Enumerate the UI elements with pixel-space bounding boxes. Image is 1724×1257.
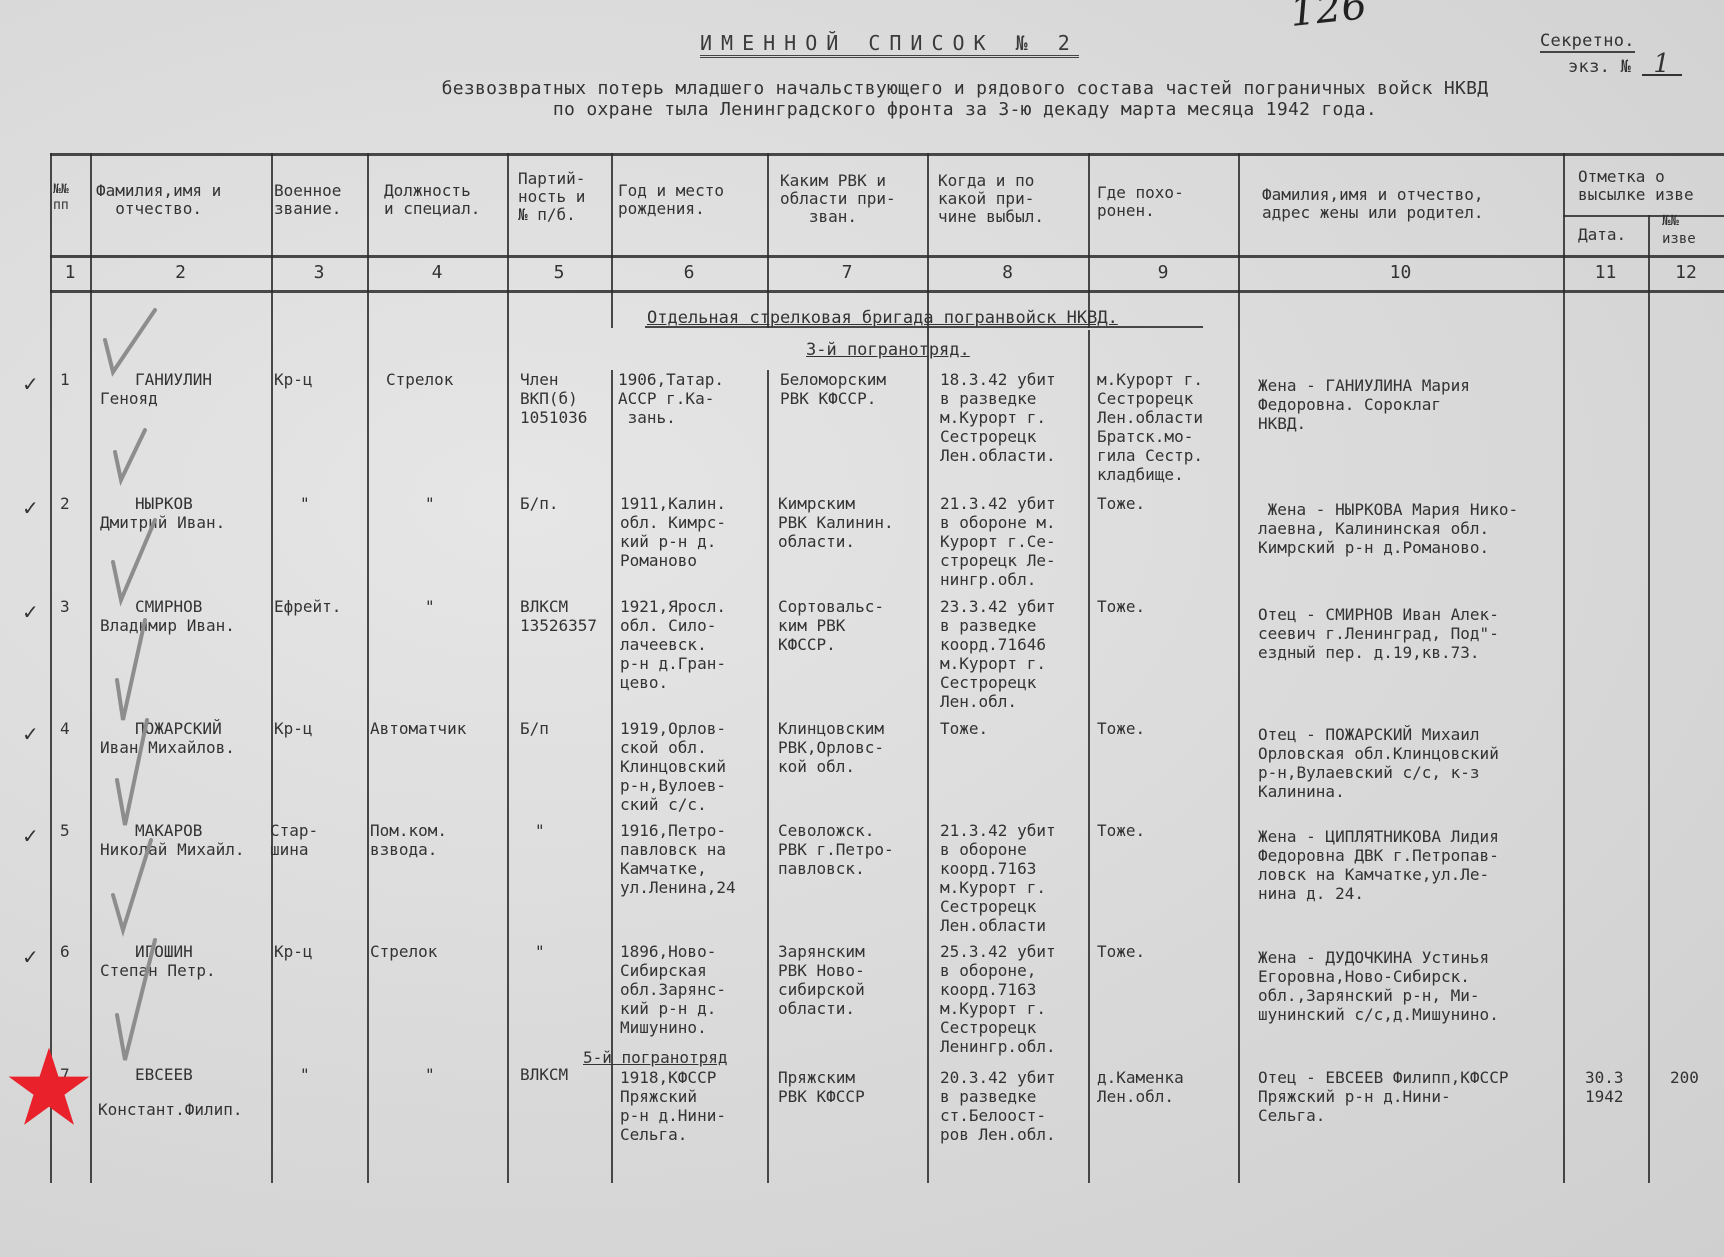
row-number: 2	[60, 494, 70, 513]
colnum: 6	[611, 262, 767, 283]
relative: Жена - ГАНИУЛИНА Мария Федоровна. Сорокл…	[1258, 376, 1470, 433]
colnum: 3	[271, 262, 367, 283]
buried: Тоже.	[1097, 494, 1145, 513]
relative: Отец - ЕВСЕЕВ Филипп,КФССР Пряжский р-н …	[1258, 1068, 1508, 1125]
margin-check-icon: ✓	[22, 496, 39, 520]
col-border	[1088, 330, 1090, 1183]
col-border	[507, 153, 509, 1183]
colnum: 2	[90, 262, 271, 283]
header-notice-date: Дата.	[1578, 226, 1626, 244]
relative: Жена - ДУДОЧКИНА Устинья Егоровна,Ново-С…	[1258, 948, 1499, 1024]
buried: м.Курорт г. Сестрорецк Лен.области Братс…	[1097, 370, 1203, 484]
when-why: 21.3.42 убит в обороне м. Курорт г.Се- с…	[940, 494, 1056, 589]
relative: Отец - ПОЖАРСКИЙ Михаил Орловская обл.Кл…	[1258, 725, 1499, 801]
party: Б/п	[520, 719, 549, 738]
rvk: Клинцовским РВК,Орловс- кой обл.	[778, 719, 884, 776]
birth: 1916,Петро- павловск на Камчатке, ул.Лен…	[620, 821, 736, 897]
classification-label: Секретно.	[1540, 32, 1635, 53]
col-border	[767, 153, 769, 328]
notice-number: 200	[1670, 1068, 1699, 1087]
when-why: 23.3.42 убит в разведке коорд.71646 м.Ку…	[940, 597, 1056, 711]
header-birth: Год и место рождения.	[618, 182, 724, 218]
header-bottom-border	[50, 255, 1724, 258]
header-position: Должность и специал.	[384, 182, 480, 218]
relative: Жена - НЫРКОВА Мария Нико- лаевна, Калин…	[1258, 500, 1518, 557]
rvk: Зарянским РВК Ново- сибирской области.	[778, 942, 865, 1018]
colnum: 1	[50, 262, 90, 283]
col-border	[90, 153, 92, 1183]
position: Пом.ком. взвода.	[370, 821, 447, 859]
col-border	[1088, 153, 1090, 328]
col-border	[1563, 153, 1565, 1183]
colnum: 10	[1238, 262, 1563, 283]
party: ВЛКСМ	[520, 1065, 568, 1084]
colnum: 8	[927, 262, 1088, 283]
header-rvk: Каким РВК и области при- зван.	[780, 172, 896, 226]
buried: д.Каменка Лен.обл.	[1097, 1068, 1184, 1106]
colnum-bottom-border	[50, 290, 1724, 293]
buried: Тоже.	[1097, 942, 1145, 961]
buried: Тоже.	[1097, 821, 1145, 840]
col-border	[767, 370, 769, 1183]
rank: Кр-ц	[274, 942, 313, 961]
copy-number-label: экз. № 1	[1568, 54, 1682, 77]
document-subtitle: безвозвратных потерь младшего начальству…	[385, 78, 1545, 120]
position: Стрелок	[370, 942, 437, 961]
rank: Стар- шина	[270, 821, 318, 859]
colnum: 12	[1648, 262, 1724, 283]
row-number: 5	[60, 821, 70, 840]
subheader-divider	[1563, 215, 1724, 217]
colnum: 11	[1563, 262, 1648, 283]
position: "	[425, 494, 435, 513]
margin-check-icon: ✓	[22, 945, 39, 969]
buried: Тоже.	[1097, 719, 1145, 738]
header-relative: Фамилия,имя и отчество, адрес жены или р…	[1262, 186, 1484, 222]
rank: Кр-ц	[274, 719, 313, 738]
subtitle-line-2: по охране тыла Ленинградского фронта за …	[385, 99, 1545, 120]
when-why: 25.3.42 убит в обороне, коорд.7163 м.Кур…	[940, 942, 1056, 1056]
relative: Отец - СМИРНОВ Иван Алек- сеевич г.Ленин…	[1258, 605, 1499, 662]
rank: "	[300, 1065, 310, 1084]
rank: Ефрейт.	[274, 597, 341, 616]
rank: Кр-ц	[274, 370, 313, 389]
when-why: 18.3.42 убит в разведке м.Курорт г. Сест…	[940, 370, 1056, 465]
margin-check-icon: ✓	[22, 372, 39, 396]
notice-date: 30.3 1942	[1585, 1068, 1624, 1106]
colnum: 7	[767, 262, 927, 283]
rvk: Пряжским РВК КФССР	[778, 1068, 865, 1106]
col-border	[271, 153, 273, 1183]
header-buried: Где похо- ронен.	[1097, 184, 1184, 220]
given-name: Констант.Филип.	[98, 1100, 243, 1119]
col-border	[50, 153, 52, 1183]
section-detachment-5: 5-й погранотряд	[583, 1048, 728, 1067]
birth: 1911,Калин. обл. Кимрс- кий р-н д. Роман…	[620, 494, 726, 570]
header-notice-number: №№ изве	[1662, 212, 1696, 248]
red-star-icon	[6, 1044, 92, 1130]
when-why: 20.3.42 убит в разведке ст.Белоост- ров …	[940, 1068, 1056, 1144]
position: "	[425, 1065, 435, 1084]
margin-check-icon: ✓	[22, 824, 39, 848]
position: "	[425, 597, 435, 616]
party: "	[535, 942, 545, 961]
col-border	[611, 153, 613, 328]
col-border	[1648, 215, 1650, 1183]
subtitle-line-1: безвозвратных потерь младшего начальству…	[385, 78, 1545, 99]
rank: "	[300, 494, 310, 513]
margin-check-icon: ✓	[22, 600, 39, 624]
margin-check-icon: ✓	[22, 722, 39, 746]
col-border	[1238, 153, 1240, 1183]
pencil-check-marks-icon	[95, 300, 215, 1080]
header-rank: Военное звание.	[274, 182, 341, 218]
document-title: ИМЕННОЙ СПИСОК № 2	[700, 34, 1079, 58]
colnum: 4	[367, 262, 507, 283]
row-number: 6	[60, 942, 70, 961]
when-why: Тоже.	[940, 719, 988, 738]
colnum: 5	[507, 262, 611, 283]
colnum: 9	[1088, 262, 1238, 283]
when-why: 21.3.42 убит в обороне коорд.7163 м.Куро…	[940, 821, 1056, 935]
party: ВЛКСМ 13526357	[520, 597, 597, 635]
row-number: 3	[60, 597, 70, 616]
birth: 1921,Яросл. обл. Сило- лачеевск. р-н д.Г…	[620, 597, 726, 692]
party: Б/п.	[520, 494, 559, 513]
copy-number: 1	[1642, 54, 1682, 76]
rvk: Кимрским РВК Калинин. области.	[778, 494, 894, 551]
section-brigade: Отдельная стрелковая бригада погранвойск…	[647, 308, 1118, 328]
table-top-border	[50, 153, 1724, 156]
birth: 1896,Ново- Сибирская обл.Зарянс- кий р-н…	[620, 942, 726, 1037]
section-detachment-3: 3-й погранотряд.	[806, 340, 970, 360]
position: Стрелок	[386, 370, 453, 389]
handwritten-page-number: 126	[1289, 0, 1368, 23]
birth: 1918,КФССР Пряжский р-н д.Нини- Сельга.	[620, 1068, 726, 1144]
header-party: Партий- ность и № п/б.	[518, 170, 585, 224]
header-notice: Отметка о высылке изве	[1578, 168, 1694, 204]
row-number: 1	[60, 370, 70, 389]
birth: 1906,Татар. АССР г.Ка- зань.	[618, 370, 724, 427]
copy-label: экз. №	[1568, 57, 1631, 77]
rvk: Сортовальс- ким РВК КФССР.	[778, 597, 884, 654]
party: "	[535, 821, 545, 840]
position: Автоматчик	[370, 719, 466, 738]
header-when-why: Когда и по какой при- чине выбыл.	[938, 172, 1044, 226]
header-num: №№ пп	[53, 182, 69, 214]
relative: Жена - ЦИПЛЯТНИКОВА Лидия Федоровна ДВК …	[1258, 827, 1499, 903]
rvk: Севоложск. РВК г.Петро- павловск.	[778, 821, 894, 878]
row-number: 4	[60, 719, 70, 738]
party: Член ВКП(б) 1051036	[520, 370, 587, 427]
birth: 1919,Орлов- ской обл. Клинцовский р-н,Ву…	[620, 719, 726, 814]
buried: Тоже.	[1097, 597, 1145, 616]
col-border	[367, 153, 369, 1183]
rvk: Беломорским РВК КФССР.	[780, 370, 886, 408]
header-name: Фамилия,имя и отчество.	[96, 182, 221, 218]
